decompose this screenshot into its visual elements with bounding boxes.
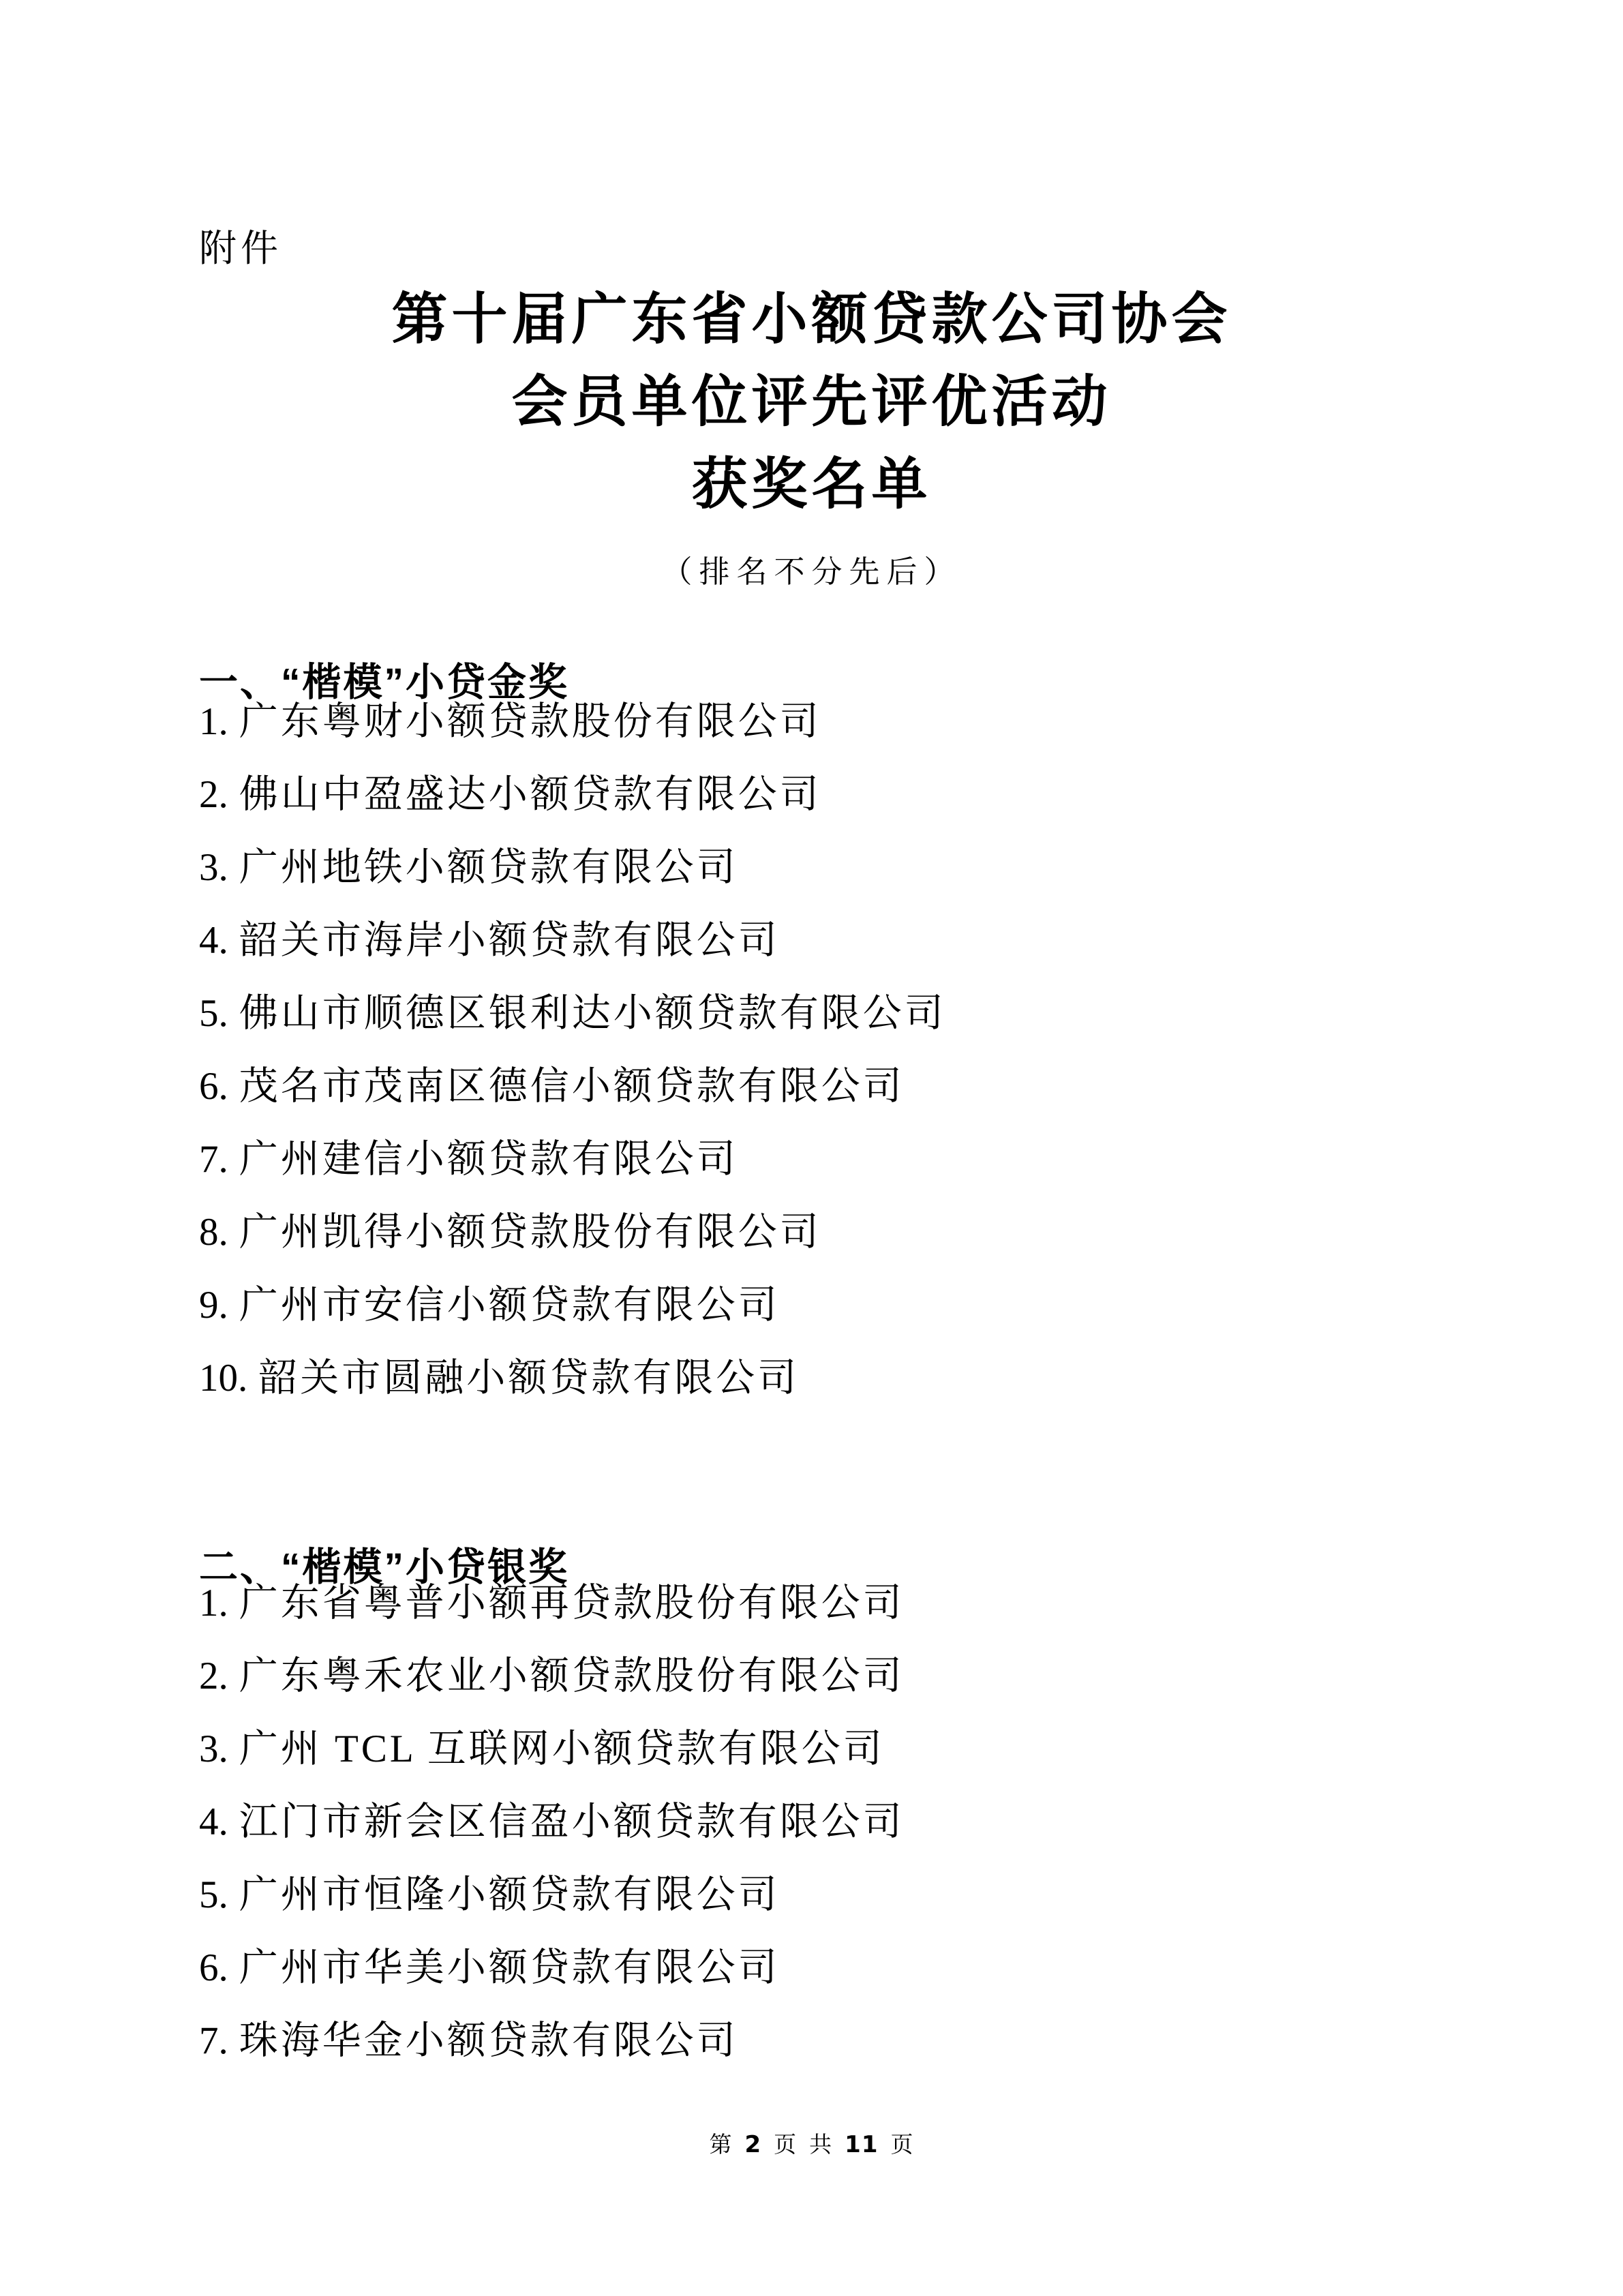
award-item-company-name: 广州 TCL 互联网小额贷款有限公司 [239, 1727, 885, 1770]
attachment-label: 附件 [199, 218, 282, 272]
document-title-line-2: 会员单位评先评优活动 [0, 361, 1623, 443]
award-item-number: 5. [199, 1873, 228, 1916]
award-item: 1.广东省粤普小额再贷款股份有限公司 [199, 1567, 905, 1640]
award-item-number: 4. [199, 1800, 228, 1843]
award-item: 2.广东粤禾农业小额贷款股份有限公司 [199, 1640, 905, 1712]
award-item: 7.广州建信小额贷款有限公司 [199, 1123, 946, 1196]
award-item: 3.广州 TCL 互联网小额贷款有限公司 [199, 1712, 905, 1785]
award-item-company-name: 佛山市顺德区银利达小额贷款有限公司 [239, 992, 946, 1035]
award-item: 3.广州地铁小额贷款有限公司 [199, 831, 946, 904]
award-item: 4.韶关市海岸小额贷款有限公司 [199, 904, 946, 977]
award-item-number: 8. [199, 1211, 228, 1254]
award-item: 2.佛山中盈盛达小额贷款有限公司 [199, 758, 946, 831]
award-item-number: 4. [199, 919, 228, 962]
award-item-number: 6. [199, 1946, 228, 1989]
footer-label-ye-1: 页 [774, 2133, 797, 2158]
award-item-company-name: 茂名市茂南区德信小额贷款有限公司 [239, 1065, 905, 1108]
award-item-number: 10. [199, 1357, 247, 1400]
award-item: 7.珠海华金小额贷款有限公司 [199, 2004, 905, 2077]
footer-page-number: 2 [745, 2131, 762, 2158]
award-item: 6.茂名市茂南区德信小额贷款有限公司 [199, 1050, 946, 1123]
award-item-company-name: 广州建信小额贷款有限公司 [239, 1138, 738, 1181]
award-item: 10.韶关市圆融小额贷款有限公司 [199, 1342, 946, 1415]
award-item-company-name: 江门市新会区信盈小额贷款有限公司 [239, 1800, 905, 1843]
award-item: 5.佛山市顺德区银利达小额贷款有限公司 [199, 977, 946, 1050]
award-item-company-name: 广州凯得小额贷款股份有限公司 [239, 1211, 821, 1254]
award-item-number: 7. [199, 2019, 228, 2062]
award-item-company-name: 广东粤财小额贷款股份有限公司 [239, 700, 821, 743]
ranking-note: （排名不分先后） [0, 547, 1623, 591]
footer-label-di: 第 [710, 2133, 733, 2158]
award-item-company-name: 韶关市海岸小额贷款有限公司 [239, 919, 780, 962]
document-title-line-3: 获奖名单 [0, 443, 1623, 526]
award-item-company-name: 广州市恒隆小额贷款有限公司 [239, 1873, 780, 1916]
award-item-number: 3. [199, 846, 228, 889]
award-item: 9.广州市安信小额贷款有限公司 [199, 1269, 946, 1342]
document-page: 附件 第十届广东省小额贷款公司协会 会员单位评先评优活动 获奖名单 （排名不分先… [0, 0, 1623, 2296]
footer-label-gong: 共 [809, 2133, 832, 2158]
award-item: 4.江门市新会区信盈小额贷款有限公司 [199, 1785, 905, 1858]
award-item-number: 2. [199, 773, 228, 816]
award-item-company-name: 佛山中盈盛达小额贷款有限公司 [239, 773, 821, 816]
award-item-number: 5. [199, 992, 228, 1035]
award-item-company-name: 广东省粤普小额再贷款股份有限公司 [239, 1582, 905, 1625]
award-item-number: 6. [199, 1065, 228, 1108]
award-item-company-name: 韶关市圆融小额贷款有限公司 [258, 1357, 799, 1400]
award-item: 5.广州市恒隆小额贷款有限公司 [199, 1858, 905, 1931]
award-item-company-name: 珠海华金小额贷款有限公司 [239, 2019, 738, 2062]
award-item-company-name: 广州市安信小额贷款有限公司 [239, 1284, 780, 1327]
award-item: 1.广东粤财小额贷款股份有限公司 [199, 685, 946, 758]
award-item-number: 3. [199, 1727, 228, 1770]
award-item-number: 9. [199, 1284, 228, 1327]
document-title: 第十届广东省小额贷款公司协会 会员单位评先评优活动 获奖名单 [0, 278, 1623, 526]
award-item-company-name: 广州地铁小额贷款有限公司 [239, 846, 738, 889]
footer-total-pages: 11 [845, 2131, 878, 2158]
award-item: 8.广州凯得小额贷款股份有限公司 [199, 1196, 946, 1269]
section-1-award-list: 1.广东粤财小额贷款股份有限公司 2.佛山中盈盛达小额贷款有限公司 3.广州地铁… [199, 685, 946, 1415]
document-title-line-1: 第十届广东省小额贷款公司协会 [0, 278, 1623, 361]
award-item-number: 2. [199, 1655, 228, 1697]
award-item-company-name: 广东粤禾农业小额贷款股份有限公司 [239, 1655, 905, 1697]
award-item-number: 1. [199, 700, 228, 743]
page-footer: 第2页共11页 [0, 2127, 1623, 2159]
award-item-number: 7. [199, 1138, 228, 1181]
award-item-number: 1. [199, 1582, 228, 1625]
award-item-company-name: 广州市华美小额贷款有限公司 [239, 1946, 780, 1989]
section-2-award-list: 1.广东省粤普小额再贷款股份有限公司 2.广东粤禾农业小额贷款股份有限公司 3.… [199, 1567, 905, 2077]
footer-label-ye-2: 页 [891, 2133, 914, 2158]
award-item: 6.广州市华美小额贷款有限公司 [199, 1931, 905, 2004]
